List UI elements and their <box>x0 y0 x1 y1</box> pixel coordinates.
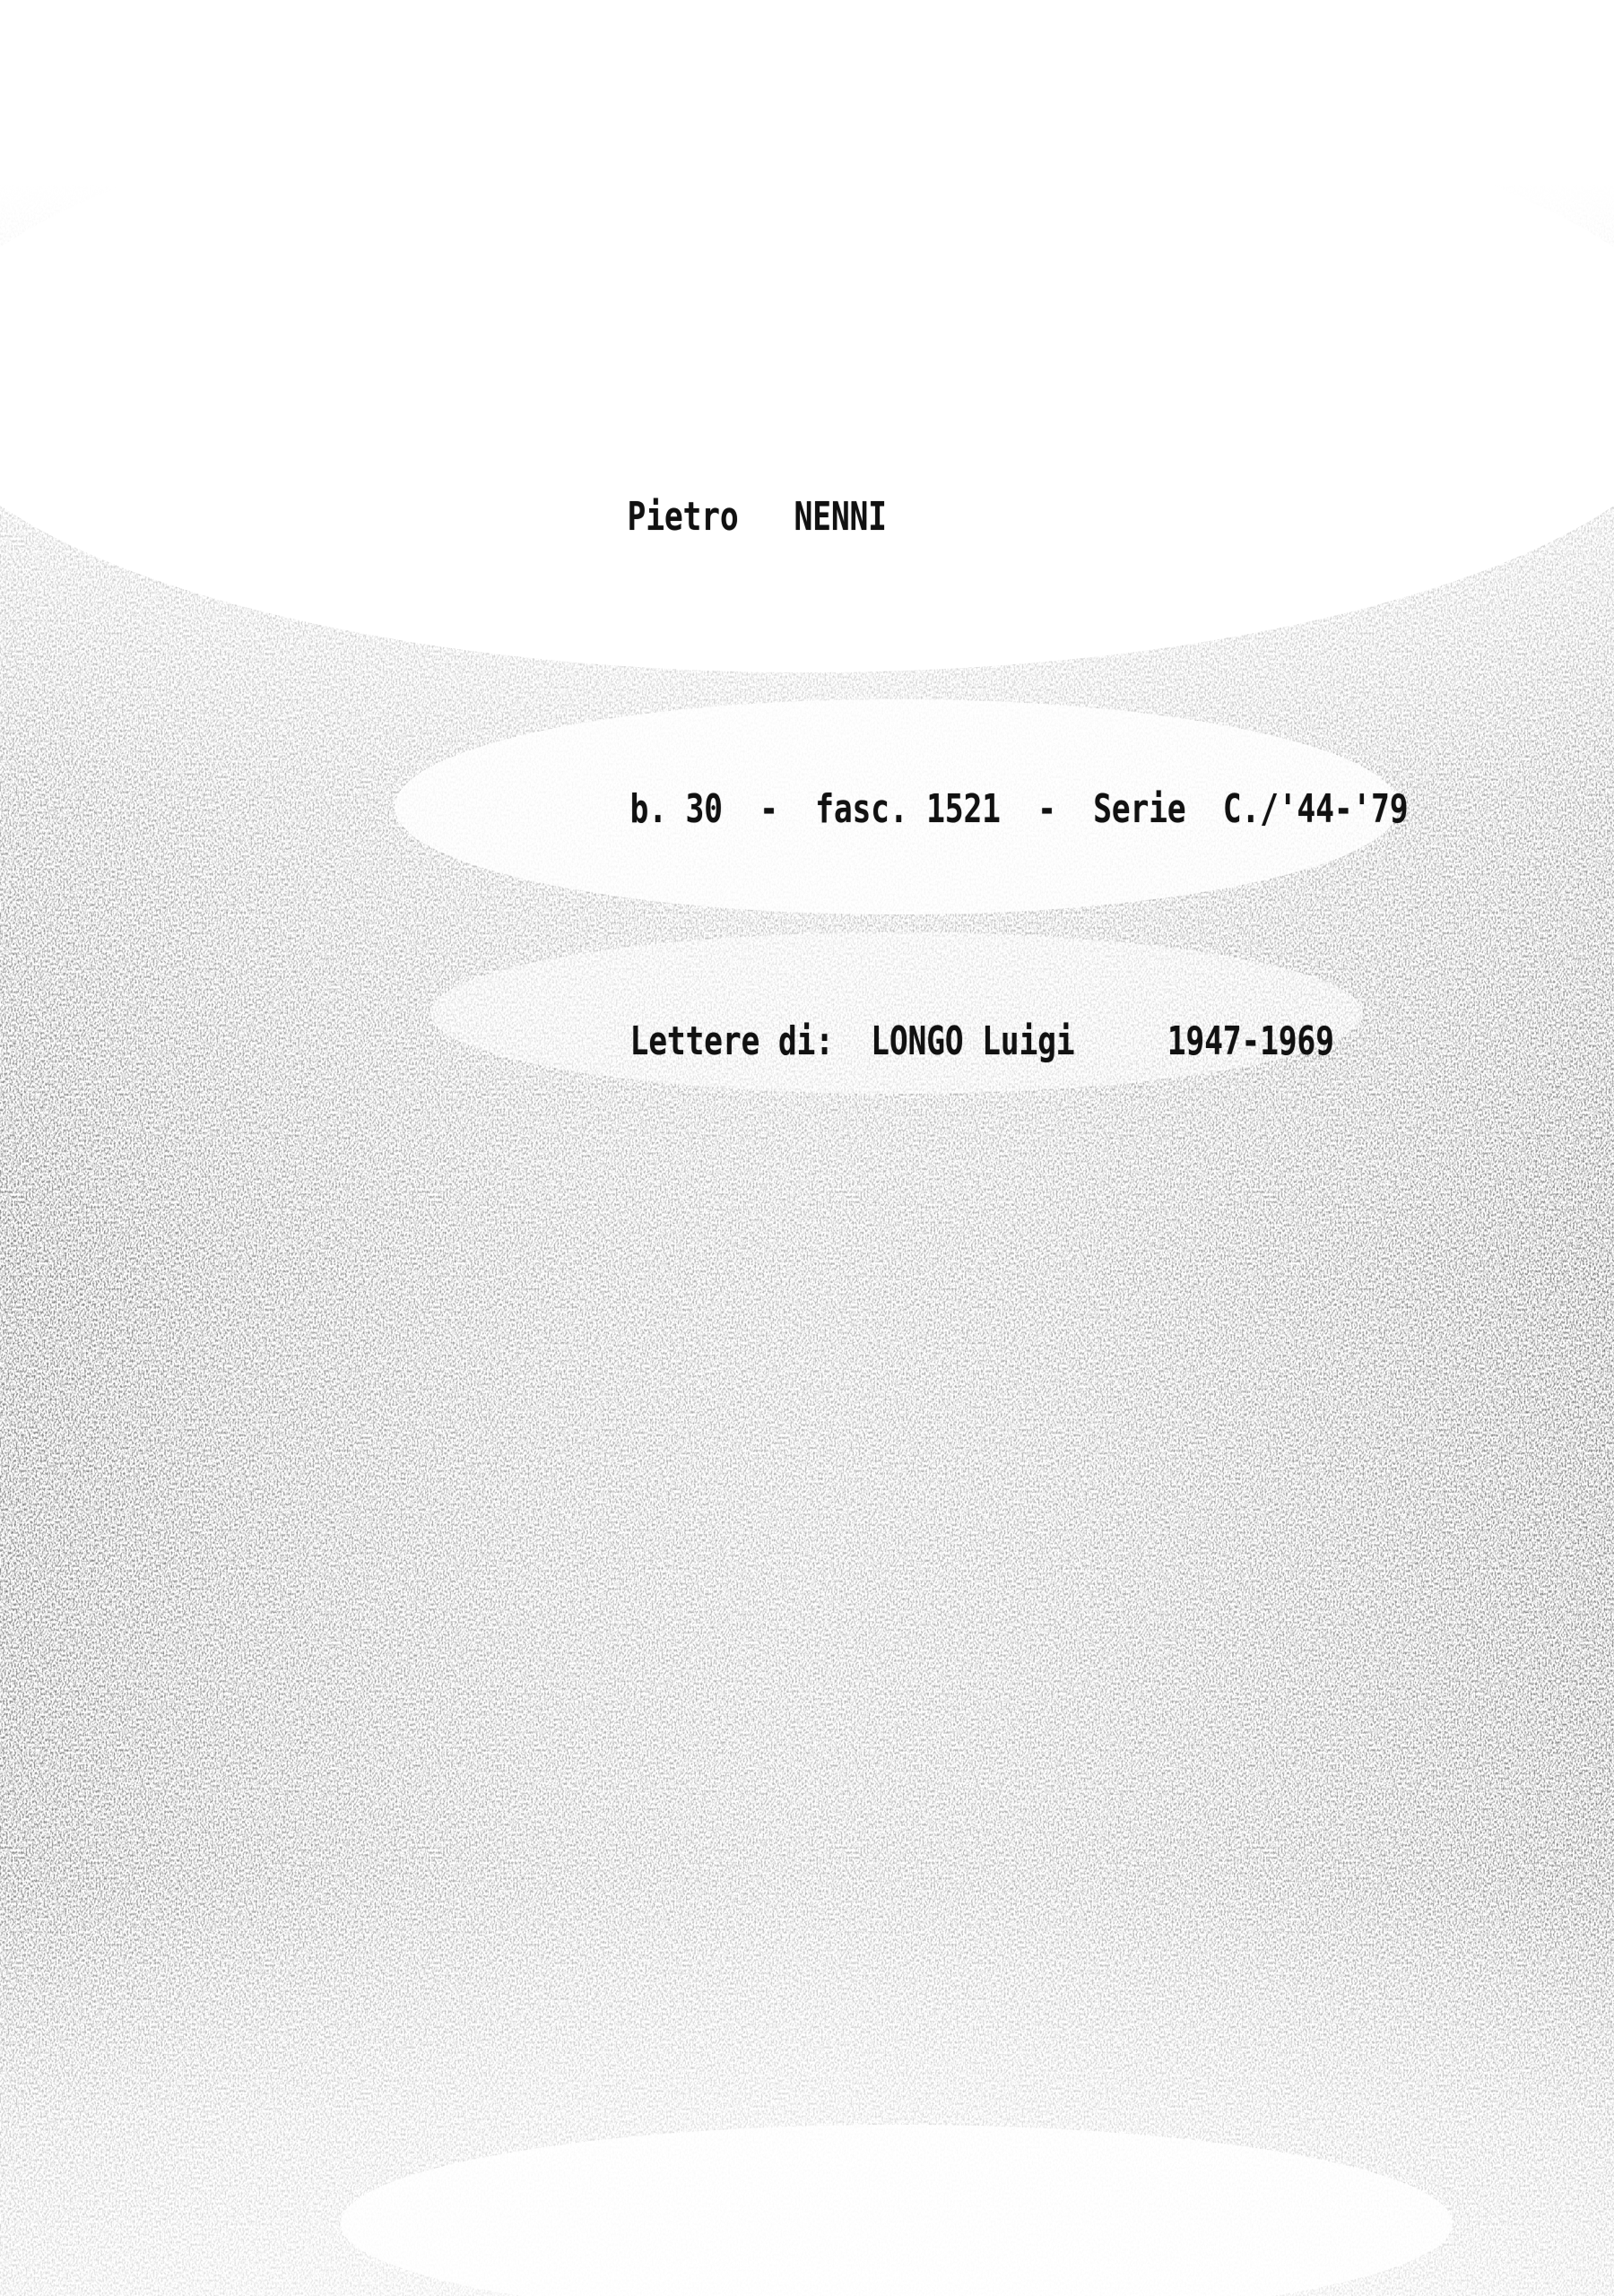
serie-label: Serie C./'44-'79 <box>1093 786 1408 832</box>
scan-noise-texture <box>0 0 1614 2296</box>
separator-2: - <box>1037 786 1056 832</box>
spacer <box>1001 786 1037 832</box>
busta-number: b. 30 <box>630 786 723 832</box>
spacer <box>778 786 815 832</box>
scanned-page: Pietro NENNI b. 30 - fasc. 1521 - Serie … <box>0 0 1614 2296</box>
letters-line: Lettere di: LONGO Luigi 1947-1969 <box>556 973 1334 1110</box>
author-line: Pietro NENNI <box>553 448 887 585</box>
spacer <box>1056 786 1093 832</box>
fascicolo-number: fasc. 1521 <box>815 786 1001 832</box>
separator-1: - <box>759 786 778 832</box>
spacer <box>739 494 794 540</box>
spacer <box>1075 1018 1167 1064</box>
author-first-name: Pietro <box>628 494 739 540</box>
spacer <box>723 786 759 832</box>
author-last-name: NENNI <box>794 494 887 540</box>
date-range: 1947-1969 <box>1167 1018 1334 1064</box>
archive-reference-line: b. 30 - fasc. 1521 - Serie C./'44-'79 <box>556 741 1409 878</box>
spacer <box>834 1018 871 1064</box>
correspondent-name: LONGO Luigi <box>871 1018 1074 1064</box>
letters-label: Lettere di: <box>630 1018 834 1064</box>
